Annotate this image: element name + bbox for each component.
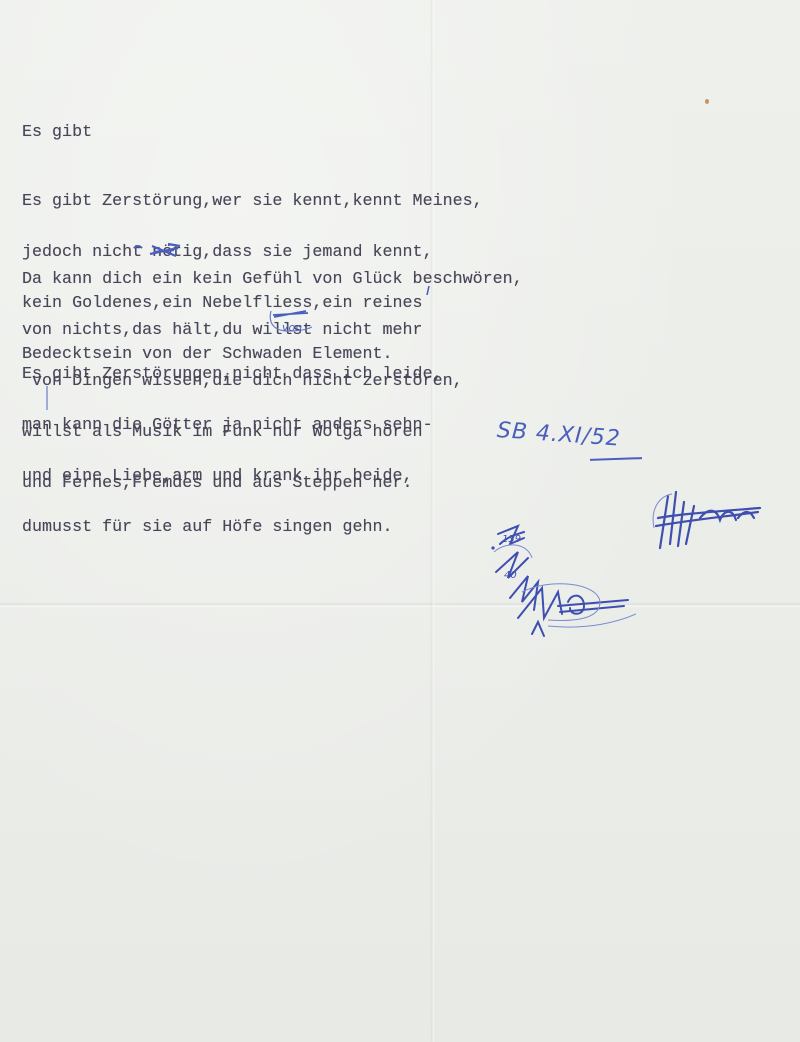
strike-aus-insert-von: von <box>268 305 318 337</box>
poem-line: Es gibt Zerstörung,wer sie kennt,kennt M… <box>22 193 483 210</box>
strike-ein-correction <box>130 240 190 262</box>
signature-lower: 139 40 <box>488 522 638 642</box>
poem-line: Da kann dich ein kein Gefühl von Glück b… <box>22 271 523 288</box>
svg-text:von: von <box>282 321 302 334</box>
poem-line: Es gibt Zerstörungen,nicht dass ich leid… <box>22 366 443 383</box>
poem-line: man kann die Götter ja nicht anders sehn… <box>22 417 443 434</box>
crossed-out-signature-top <box>650 488 770 553</box>
stanza-3: Es gibt Zerstörungen,nicht dass ich leid… <box>22 332 443 553</box>
poem-line: und eine Liebe,arm und krank ihr beide, <box>22 468 443 485</box>
svg-text:40: 40 <box>504 570 517 581</box>
svg-text:139: 139 <box>502 534 521 545</box>
margin-mark <box>44 384 50 414</box>
horizontal-fold-line <box>0 602 800 608</box>
poem-title: Es gibt <box>22 124 92 141</box>
poem-line: dumusst für sie auf Höfe singen gehn. <box>22 519 443 536</box>
comma-correction-mark <box>424 284 432 298</box>
stain-mark <box>705 99 709 104</box>
